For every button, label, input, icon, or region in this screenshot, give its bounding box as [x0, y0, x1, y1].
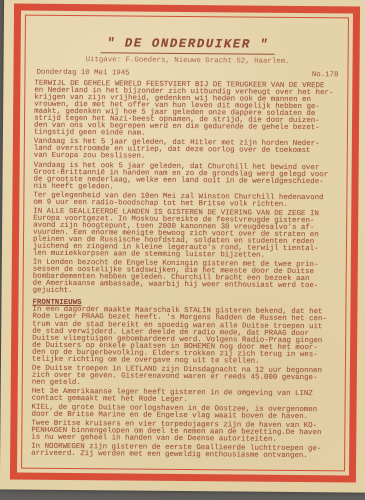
article-paragraph: TERWIJL DE GEHELE WERELD FEESTVIERT BIJ … — [34, 81, 340, 140]
dateline: Donderdag 10 Mei 1945 No.178 — [34, 69, 340, 80]
article-paragraph: KIEL, de grote Duitse oorlogshaven in de… — [31, 405, 337, 422]
article-paragraph: Het 3e Amerikaanse leger heeft gisteren … — [32, 389, 338, 406]
article-paragraph: IN ALLE GEALLIEERDE LANDEN IS GISTEREN D… — [33, 208, 339, 260]
issue-number: No.178 — [312, 71, 339, 79]
article-paragraph: In een dagorder maakte Maarschalk STALIN… — [32, 307, 338, 366]
article-paragraph: In NOORWEGEN zijn gisteren de eerste Gea… — [31, 444, 337, 461]
article-paragraph: Ter gelegenheid van den 10en Mei zal Win… — [33, 192, 339, 209]
article-paragraph: De Duitse troepen in LETLAND zijn Dinsda… — [32, 365, 338, 389]
article-body: TERWIJL DE GEHELE WERELD FEESTVIERT BIJ … — [31, 81, 340, 461]
newspaper-title: " DE ONDERDUIKER " — [101, 36, 275, 55]
publication-date: Donderdag 10 Mei 1945 — [36, 69, 129, 78]
page-content: " DE ONDERDUIKER " Uitgave: F.Goeders, N… — [31, 19, 341, 467]
article-paragraph: Twee Britse kruisers en vier torpedojage… — [31, 421, 337, 445]
publisher-imprint: Uitgave: F.Goeders, Nieuwe Gracht 52, Ha… — [35, 56, 341, 67]
masthead: " DE ONDERDUIKER " Uitgave: F.Goeders, N… — [35, 33, 341, 67]
article-paragraph: Vandaag is het ook 5 jaar geleden, dat C… — [33, 162, 339, 193]
article-paragraph: In Londen bezocht de Engelse Koningin gi… — [33, 260, 339, 298]
newspaper-page: " DE ONDERDUIKER " Uitgave: F.Goeders, N… — [0, 0, 365, 493]
article-paragraph: Vandaag is het 5 jaar geleden, dat Hitle… — [34, 139, 340, 163]
